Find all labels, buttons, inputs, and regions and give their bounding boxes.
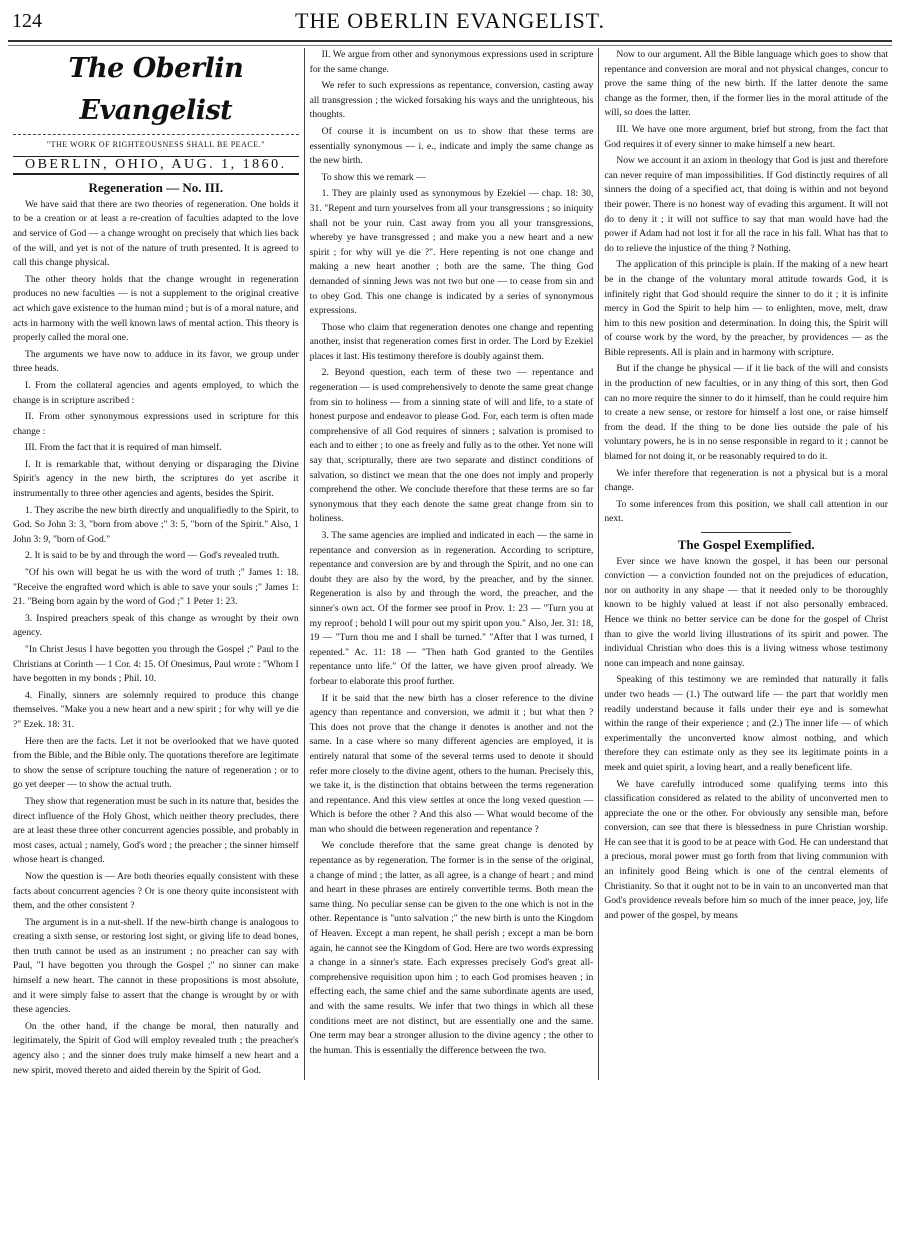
- paragraph: Now we account it an axiom in theology t…: [604, 154, 888, 256]
- paragraph: "Of his own will begat he us with the wo…: [13, 566, 299, 610]
- paragraph: We have carefully introduced some qualif…: [604, 778, 888, 924]
- paragraph: II. We argue from other and synonymous e…: [310, 48, 594, 77]
- paragraph: We have said that there are two theories…: [13, 198, 299, 271]
- column-2: II. We argue from other and synonymous e…: [304, 48, 599, 1080]
- paragraph: 3. The same agencies are implied and ind…: [310, 529, 594, 690]
- paragraph: The other theory holds that the change w…: [13, 273, 299, 346]
- paragraph: 1. They ascribe the new birth directly a…: [13, 504, 299, 548]
- paragraph: The argument is in a nut-shell. If the n…: [13, 916, 299, 1018]
- paragraph: We refer to such expressions as repentan…: [310, 79, 594, 123]
- paragraph: On the other hand, if the change be mora…: [13, 1020, 299, 1078]
- paragraph: If it be said that the new birth has a c…: [310, 692, 594, 838]
- paragraph: 1. They are plainly used as synonymous b…: [310, 187, 594, 318]
- paragraph: Speaking of this testimony we are remind…: [604, 673, 888, 775]
- paragraph: II. From other synonymous expressions us…: [13, 410, 299, 439]
- paragraph: III. We have one more argument, brief bu…: [604, 123, 888, 152]
- paragraph: But if the change be physical — if it li…: [604, 362, 888, 464]
- paragraph: Now to our argument. All the Bible langu…: [604, 48, 888, 121]
- divider: [13, 134, 299, 135]
- paragraph: To show this we remark —: [310, 171, 594, 186]
- paragraph: To some inferences from this position, w…: [604, 498, 888, 527]
- paragraph: Here then are the facts. Let it not be o…: [13, 735, 299, 793]
- paragraph: We infer therefore that regeneration is …: [604, 467, 888, 496]
- column-1: The Oberlin Evangelist "THE WORK OF RIGH…: [8, 48, 304, 1080]
- paragraph: "In Christ Jesus I have begotten you thr…: [13, 643, 299, 687]
- running-head: 124 THE OBERLIN EVANGELIST.: [0, 0, 900, 40]
- paragraph: We conclude therefore that the same grea…: [310, 839, 594, 1058]
- masthead-motto: "THE WORK OF RIGHTEOUSNESS SHALL BE PEAC…: [13, 138, 299, 153]
- paragraph: 4. Finally, sinners are solemnly require…: [13, 689, 299, 733]
- article-separator: [701, 532, 791, 533]
- paragraph: Now the question is — Are both theories …: [13, 870, 299, 914]
- paragraph: I. From the collateral agencies and agen…: [13, 379, 299, 408]
- paragraph: Ever since we have known the gospel, it …: [604, 555, 888, 672]
- columns: The Oberlin Evangelist "THE WORK OF RIGH…: [8, 48, 893, 1080]
- paragraph: III. From the fact that it is required o…: [13, 441, 299, 456]
- paragraph: Of course it is incumbent on us to show …: [310, 125, 594, 169]
- paragraph: 3. Inspired preachers speak of this chan…: [13, 612, 299, 641]
- paragraph: The application of this principle is pla…: [604, 258, 888, 360]
- paragraph: I. It is remarkable that, without denyin…: [13, 458, 299, 502]
- masthead-title: The Oberlin Evangelist: [13, 48, 299, 132]
- paragraph: 2. It is said to be by and through the w…: [13, 549, 299, 564]
- paragraph: Those who claim that regeneration denote…: [310, 321, 594, 365]
- running-title: THE OBERLIN EVANGELIST.: [0, 8, 900, 34]
- dateline: OBERLIN, OHIO, AUG. 1, 1860.: [13, 156, 299, 176]
- paragraph: The arguments we have now to adduce in i…: [13, 348, 299, 377]
- top-rule: [8, 40, 892, 46]
- article-title: Regeneration — No. III.: [13, 181, 299, 196]
- paragraph: 2. Beyond question, each term of these t…: [310, 366, 594, 527]
- article-title: The Gospel Exemplified.: [604, 538, 888, 553]
- paragraph: They show that regeneration must be such…: [13, 795, 299, 868]
- column-3: Now to our argument. All the Bible langu…: [598, 48, 893, 1080]
